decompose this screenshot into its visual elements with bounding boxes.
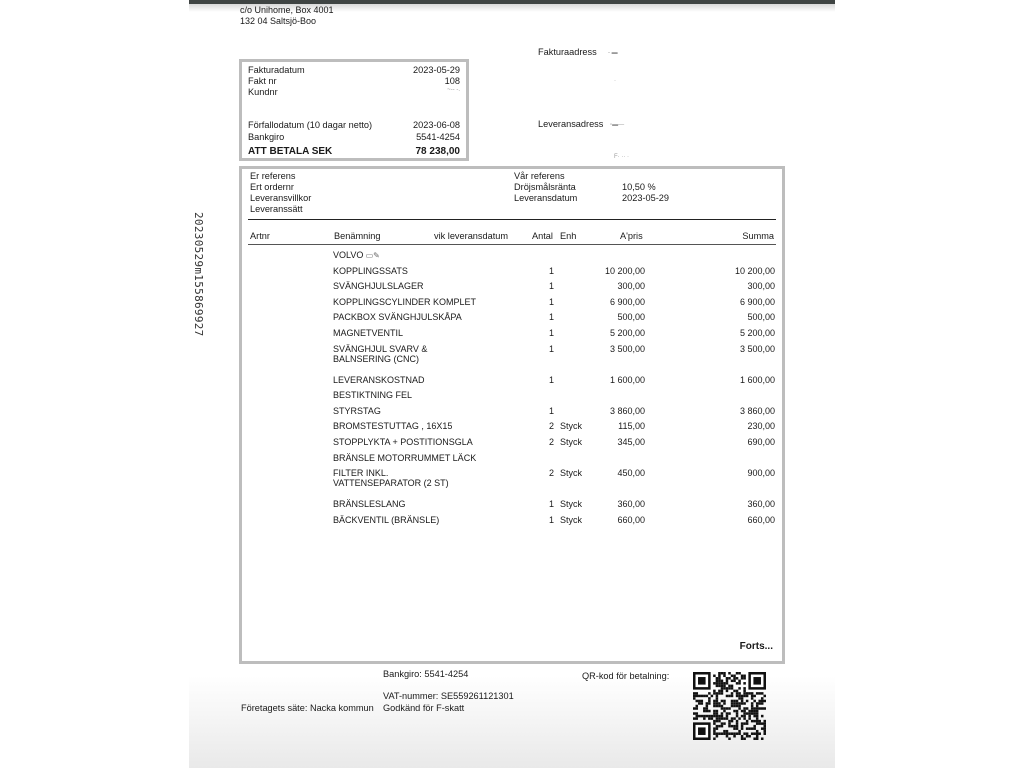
delivery-method-label: Leveranssätt bbox=[250, 204, 303, 214]
line-description: KOPPLINGSSATS bbox=[333, 266, 408, 276]
line-description: SVÄNGHJUL SVARV & bbox=[333, 344, 427, 354]
invoice-line: BRÄNSLESLANG1Styck360,00360,00 bbox=[242, 499, 782, 513]
line-description: FILTER INKL. bbox=[333, 468, 388, 478]
invoice-date-value: 2023-05-29 bbox=[413, 65, 460, 75]
line-quantity: 2 bbox=[542, 421, 554, 431]
line-sum: 300,00 bbox=[682, 281, 775, 291]
line-description: BÄCKVENTIL (BRÄNSLE) bbox=[333, 515, 439, 525]
line-sum: 900,00 bbox=[682, 468, 775, 478]
line-unit-price: 660,00 bbox=[562, 515, 645, 525]
redacted-billing-address: - ▬ bbox=[608, 50, 618, 56]
delivery-date-label: Leveransdatum bbox=[514, 193, 577, 203]
line-description: SVÄNGHJULSLAGER bbox=[333, 281, 424, 291]
line-sum: 3 860,00 bbox=[682, 406, 775, 416]
amount-due-row: ATT BETALA SEK 78 238,00 bbox=[248, 146, 460, 157]
line-description: BRÄNSLESLANG bbox=[333, 499, 406, 509]
invoice-line: BESTIKTNING FEL bbox=[242, 390, 782, 404]
column-header-name: Benämning bbox=[334, 231, 380, 241]
company-seat: Företagets säte: Nacka kommun bbox=[241, 703, 374, 713]
our-reference-label: Vår referens bbox=[514, 171, 565, 181]
line-sum: 690,00 bbox=[682, 437, 775, 447]
line-quantity: 1 bbox=[542, 297, 554, 307]
invoice-number-label: Fakt nr bbox=[248, 76, 277, 86]
line-quantity: 1 bbox=[542, 515, 554, 525]
line-description: BESTIKTNING FEL bbox=[333, 390, 412, 400]
bankgiro-label: Bankgiro bbox=[248, 132, 284, 142]
line-description: BRÄNSLE MOTORRUMMET LÄCK bbox=[333, 453, 476, 463]
line-description: STYRSTAG bbox=[333, 406, 381, 416]
note-icon: ▭✎ bbox=[363, 251, 379, 260]
late-interest-label: Dröjsmålsränta bbox=[514, 182, 576, 192]
invoice-number-value: 108 bbox=[445, 76, 460, 86]
line-description-cont: BALNSERING (CNC) bbox=[333, 354, 419, 364]
line-quantity: 1 bbox=[542, 312, 554, 322]
line-unit-price: 1 600,00 bbox=[562, 375, 645, 385]
invoice-info-box: Fakturadatum 2023-05-29 Fakt nr 108 Kund… bbox=[239, 59, 469, 161]
line-description-cont: VATTENSEPARATOR (2 ST) bbox=[333, 478, 449, 488]
amount-due-label: ATT BETALA SEK bbox=[248, 146, 332, 157]
due-date-row: Förfallodatum (10 dagar netto) 2023-06-0… bbox=[248, 120, 460, 130]
f-tax-approved: Godkänd för F-skatt bbox=[383, 703, 464, 713]
line-quantity: 1 bbox=[542, 344, 554, 354]
line-quantity: 1 bbox=[542, 328, 554, 338]
line-description: MAGNETVENTIL bbox=[333, 328, 403, 338]
invoice-line: BÄCKVENTIL (BRÄNSLE)1Styck660,00660,00 bbox=[242, 515, 782, 529]
amount-due-value: 78 238,00 bbox=[416, 146, 461, 157]
sender-address-line2: 132 04 Saltsjö-Boo bbox=[240, 16, 316, 26]
line-description: LEVERANSKOSTNAD bbox=[333, 375, 425, 385]
your-reference-label: Er referens bbox=[250, 171, 295, 181]
invoice-line: LEVERANSKOSTNAD11 600,001 600,00 bbox=[242, 375, 782, 389]
invoice-line: KOPPLINGSSATS110 200,0010 200,00 bbox=[242, 266, 782, 280]
line-sum: 6 900,00 bbox=[682, 297, 775, 307]
invoice-line: SVÄNGHJUL SVARV &BALNSERING (CNC)13 500,… bbox=[242, 344, 782, 358]
column-header-unit: Enh bbox=[560, 231, 576, 241]
delivery-terms-label: Leveransvillkor bbox=[250, 193, 311, 203]
line-unit-price: 6 900,00 bbox=[562, 297, 645, 307]
line-unit-price: 500,00 bbox=[562, 312, 645, 322]
line-unit-price: 5 200,00 bbox=[562, 328, 645, 338]
sender-address-line1: c/o Unihome, Box 4001 bbox=[240, 5, 334, 15]
invoice-line: FILTER INKL.VATTENSEPARATOR (2 ST)2Styck… bbox=[242, 468, 782, 482]
qr-code-label: QR-kod för betalning: bbox=[582, 671, 669, 681]
delivery-address-label: Leveransadress bbox=[538, 119, 603, 129]
footer-bankgiro: Bankgiro: 5541-4254 bbox=[383, 669, 468, 679]
line-description: KOPPLINGSCYLINDER KOMPLET bbox=[333, 297, 476, 307]
bankgiro-value: 5541-4254 bbox=[416, 132, 460, 142]
document-id-vertical: 20230529m155869927 bbox=[185, 212, 205, 357]
line-sum: 3 500,00 bbox=[682, 344, 775, 354]
billing-address-label: Fakturaadress bbox=[538, 47, 597, 57]
invoice-line: KOPPLINGSCYLINDER KOMPLET16 900,006 900,… bbox=[242, 297, 782, 311]
column-header-artnr: Artnr bbox=[250, 231, 270, 241]
invoice-line: MAGNETVENTIL15 200,005 200,00 bbox=[242, 328, 782, 342]
line-unit-price: 115,00 bbox=[562, 421, 645, 431]
line-sum: 10 200,00 bbox=[682, 266, 775, 276]
delivery-date-value: 2023-05-29 bbox=[622, 193, 669, 203]
line-description: VOLVO ▭✎ bbox=[333, 250, 380, 260]
line-sum: 660,00 bbox=[682, 515, 775, 525]
invoice-date-label: Fakturadatum bbox=[248, 65, 305, 75]
line-unit-price: 3 500,00 bbox=[562, 344, 645, 354]
column-header-quantity: Antal bbox=[532, 231, 553, 241]
line-unit-price: 10 200,00 bbox=[562, 266, 645, 276]
line-unit-price: 360,00 bbox=[562, 499, 645, 509]
invoice-date-row: Fakturadatum 2023-05-29 bbox=[248, 65, 460, 75]
redacted-customer-number: ~-- -. bbox=[447, 87, 460, 97]
due-date-label: Förfallodatum (10 dagar netto) bbox=[248, 120, 372, 130]
invoice-line: PACKBOX SVÄNGHJULSKÅPA1500,00500,00 bbox=[242, 312, 782, 326]
invoice-line: BROMSTESTUTTAG , 16X152Styck115,00230,00 bbox=[242, 421, 782, 435]
line-quantity: 2 bbox=[542, 468, 554, 478]
line-quantity: 1 bbox=[542, 281, 554, 291]
invoice-line: SVÄNGHJULSLAGER1300,00300,00 bbox=[242, 281, 782, 295]
line-unit-price: 345,00 bbox=[562, 437, 645, 447]
line-sum: 500,00 bbox=[682, 312, 775, 322]
header-divider bbox=[248, 244, 776, 245]
customer-number-label: Kundnr bbox=[248, 87, 278, 97]
column-header-unit-price: A'pris bbox=[620, 231, 643, 241]
line-unit-price: 300,00 bbox=[562, 281, 645, 291]
line-description: STOPPLYKTA + POSTITIONSGLA bbox=[333, 437, 473, 447]
customer-number-row: Kundnr ~-- -. bbox=[248, 87, 460, 97]
line-quantity: 1 bbox=[542, 266, 554, 276]
line-description: PACKBOX SVÄNGHJULSKÅPA bbox=[333, 312, 462, 322]
column-header-delivery: vik leveransdatum bbox=[434, 231, 508, 241]
redacted-delivery-address: ▫▬— bbox=[610, 122, 624, 128]
line-sum: 230,00 bbox=[682, 421, 775, 431]
invoice-line: BRÄNSLE MOTORRUMMET LÄCK bbox=[242, 453, 782, 467]
payment-qr-code[interactable] bbox=[693, 672, 766, 740]
line-unit-price: 450,00 bbox=[562, 468, 645, 478]
line-quantity: 1 bbox=[542, 375, 554, 385]
line-quantity: 1 bbox=[542, 499, 554, 509]
late-interest-value: 10,50 % bbox=[622, 182, 656, 192]
line-sum: 360,00 bbox=[682, 499, 775, 509]
invoice-line: STYRSTAG13 860,003 860,00 bbox=[242, 406, 782, 420]
bankgiro-row: Bankgiro 5541-4254 bbox=[248, 132, 460, 142]
line-sum: 1 600,00 bbox=[682, 375, 775, 385]
line-quantity: 2 bbox=[542, 437, 554, 447]
redacted-delivery-address-line: F· ·· · bbox=[614, 154, 629, 160]
invoice-line: VOLVO ▭✎ bbox=[242, 250, 782, 264]
line-description: BROMSTESTUTTAG , 16X15 bbox=[333, 421, 452, 431]
vat-number: VAT-nummer: SE559261121301 bbox=[383, 691, 514, 701]
your-order-number-label: Ert ordernr bbox=[250, 182, 294, 192]
continued-label: Forts... bbox=[740, 641, 773, 652]
line-sum: 5 200,00 bbox=[682, 328, 775, 338]
column-header-sum: Summa bbox=[742, 231, 774, 241]
invoice-lines-box: Er referens Ert ordernr Leveransvillkor … bbox=[239, 166, 785, 664]
invoice-line: STOPPLYKTA + POSTITIONSGLA2Styck345,0069… bbox=[242, 437, 782, 451]
line-quantity: 1 bbox=[542, 406, 554, 416]
section-divider bbox=[248, 219, 776, 220]
line-unit-price: 3 860,00 bbox=[562, 406, 645, 416]
redacted-billing-address-line: · bbox=[614, 78, 616, 84]
due-date-value: 2023-06-08 bbox=[413, 120, 460, 130]
invoice-number-row: Fakt nr 108 bbox=[248, 76, 460, 86]
